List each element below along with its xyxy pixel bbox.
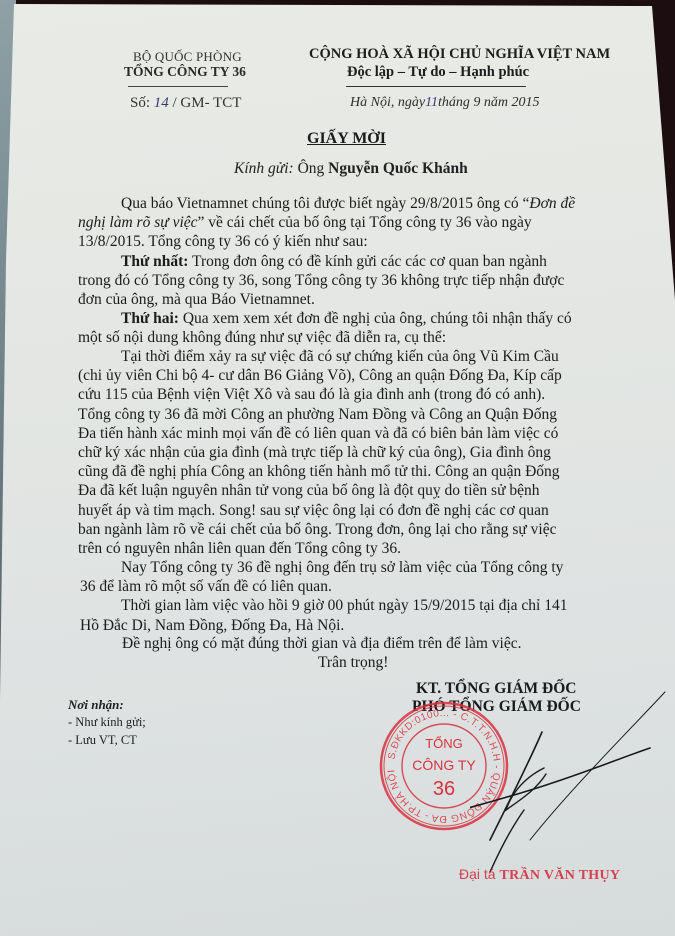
svg-text:TỔNG: TỔNG <box>425 736 463 751</box>
point-label: Thứ hai: <box>121 310 179 327</box>
svg-text:CÔNG TY: CÔNG TY <box>412 757 476 773</box>
nation-title: CỘNG HOÀ XÃ HỘI CHỦ NGHĨA VIỆT NAM <box>309 46 610 63</box>
body-text-italic: Đơn đề <box>529 195 575 212</box>
body-line: Thời gian làm việc vào hồi 9 giờ 00 phút… <box>121 596 567 615</box>
signer-rank: Đại tá <box>459 866 496 882</box>
place-date: Hà Nội, ngày11tháng 9 năm 2015 <box>350 95 540 111</box>
body-text-italic: nghị làm rõ sự việc <box>78 214 198 231</box>
closing: Trân trọng! <box>318 653 388 672</box>
body-text: Trong đơn ông có đề kính gửi các các cơ … <box>188 253 546 270</box>
svg-text:36: 36 <box>433 778 455 800</box>
ministry-name: BỘ QUỐC PHÒNG <box>133 49 242 65</box>
doc-number-suffix: / GM- TCT <box>173 95 242 111</box>
document-paper: BỘ QUỐC PHÒNG TỔNG CÔNG TY 36 Số: 14 / G… <box>0 0 675 936</box>
body-line: Qua báo Vietnamnet chúng tôi được biết n… <box>121 194 575 213</box>
body-line: Đề nghị ông có mặt đúng thời gian và địa… <box>122 634 521 653</box>
signer: Đại tá TRẦN VĂN THỤY <box>459 866 620 884</box>
company-name: TỔNG CÔNG TY 36 <box>124 64 246 80</box>
body-line: cũng đã đề nghị phía Công an không tiến … <box>78 462 560 481</box>
place-date-prefix: Hà Nội, ngày <box>350 95 425 110</box>
body-line: (chi ủy viên Chi bộ 4- cư dân B6 Giảng V… <box>78 366 562 385</box>
body-line: trên có nguyên nhân liên quan đến Tổng c… <box>78 539 401 558</box>
body-text: Qua báo Vietnamnet chúng tôi được biết n… <box>121 195 529 212</box>
body-line: huyết áp và tim mạch. Song! sau sự việc … <box>78 501 549 520</box>
body-line: Tại thời điểm xảy ra sự việc đã có sự ch… <box>121 347 559 366</box>
body-line: chữ ký xác nhận của gia đình (mà trực ti… <box>78 443 551 462</box>
document-number: Số: 14 / GM- TCT <box>130 95 241 112</box>
recipient-name: Nguyễn Quốc Khánh <box>328 160 468 177</box>
body-line: ban ngành làm rõ về cái chết của bố ông.… <box>78 520 556 539</box>
body-line: 36 để làm rõ một số vấn đề có liên quan. <box>80 577 332 596</box>
body-text: ” về cái chết của bố ông tại Tổng công t… <box>198 214 532 231</box>
document-title: GIẤY MỜI <box>307 130 386 148</box>
body-line: nghị làm rõ sự việc” về cái chết của bố … <box>78 213 532 232</box>
body-line: Nay Tổng công ty 36 đề nghị ông đến trụ … <box>121 558 563 577</box>
company-divider <box>128 86 228 87</box>
recipient-item: - Lưu VT, CT <box>68 733 137 748</box>
recipients-title: Nơi nhận: <box>68 697 124 713</box>
body-line: Thứ nhất: Trong đơn ông có đề kính gửi c… <box>121 252 547 271</box>
body-line: Hồ Đắc Di, Nam Đồng, Đống Đa, Hà Nội. <box>80 616 344 635</box>
doc-number-prefix: Số: <box>130 95 150 111</box>
body-line: 13/8/2015. Tổng công ty 36 có ý kiến như… <box>78 232 368 251</box>
salutation-honorific: Ông <box>298 160 325 177</box>
doc-number-handwritten: 14 <box>154 95 169 111</box>
body-line: trong đó có Tổng công ty 36, song Tổng c… <box>78 271 564 290</box>
salutation: Kính gửi: Ông Nguyễn Quốc Khánh <box>234 160 468 178</box>
body-line: Đa tiến hành xác minh mọi vấn đề có liên… <box>78 424 558 443</box>
recipient-item: - Như kính gửi; <box>68 715 146 730</box>
motto-divider <box>346 86 526 87</box>
national-motto: Độc lập – Tự do – Hạnh phúc <box>347 64 529 81</box>
place-date-suffix: tháng 9 năm 2015 <box>438 95 540 110</box>
body-line: Tổng công ty 36 đã mời Công an phường Na… <box>78 405 557 424</box>
place-date-day: 11 <box>425 95 438 110</box>
body-line: Đa đã kết luận nguyên nhân tử vong của b… <box>78 481 539 500</box>
body-line: một số nội dung không đúng như sự việc đ… <box>78 328 446 347</box>
body-line: đơn của ông, mà qua Báo Vietnamnet. <box>78 290 315 309</box>
body-line: Thứ hai: Qua xem xem xét đơn đề nghị của… <box>121 309 572 328</box>
handwritten-signature <box>470 680 670 880</box>
body-line: cứu 115 của Bệnh viện Việt Xô và sau đó … <box>78 385 545 404</box>
salutation-label: Kính gửi: <box>234 160 294 177</box>
body-text: Qua xem xem xét đơn đề nghị của ông, chú… <box>179 310 572 327</box>
signer-name: TRẦN VĂN THỤY <box>499 868 620 883</box>
point-label: Thứ nhất: <box>121 253 188 270</box>
